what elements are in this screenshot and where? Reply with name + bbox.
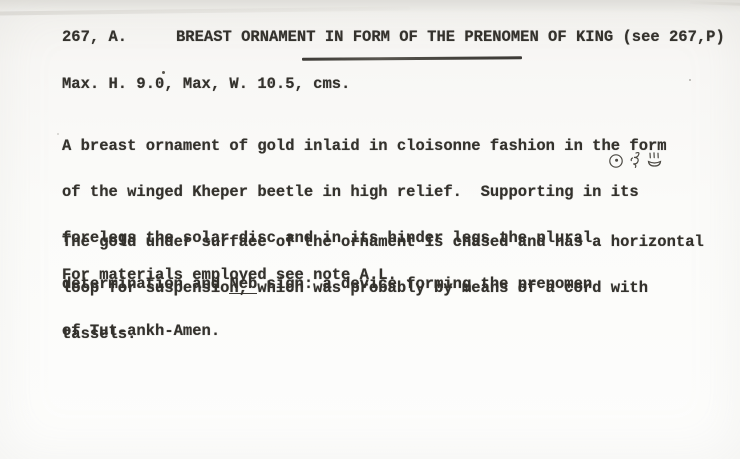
ink-speck [689, 79, 691, 81]
paper-crease-line [0, 6, 410, 15]
kheper-beetle-icon [631, 153, 639, 168]
paragraph2-line1: The gold under surface of the ornament i… [62, 235, 722, 250]
ink-speck [162, 71, 165, 74]
paper-crease-shadow [0, 0, 740, 16]
dimensions-line: Max. H. 9.0, Max, W. 10.5, cms. [62, 77, 350, 92]
paper-crease-line-right [690, 1, 740, 6]
page-title: BREAST ORNAMENT IN FORM OF THE PRENOMEN … [176, 30, 725, 45]
sun-disc-icon [610, 155, 622, 167]
catalog-number: 267, A. [62, 30, 127, 45]
paragraph1-line2: of the winged Kheper beetle in high reli… [62, 185, 712, 200]
neb-basket-plural-strokes-icon [649, 153, 661, 166]
handwritten-hieroglyphs [608, 150, 664, 170]
ink-speck [57, 133, 59, 135]
second-paragraph: The gold under surface of the ornament i… [62, 204, 722, 373]
paragraph2-line3: tassels. [62, 327, 722, 342]
materials-note: For materials employed see note A.L. [62, 268, 397, 283]
typewritten-catalog-card: 267, A. BREAST ORNAMENT IN FORM OF THE P… [0, 0, 740, 459]
